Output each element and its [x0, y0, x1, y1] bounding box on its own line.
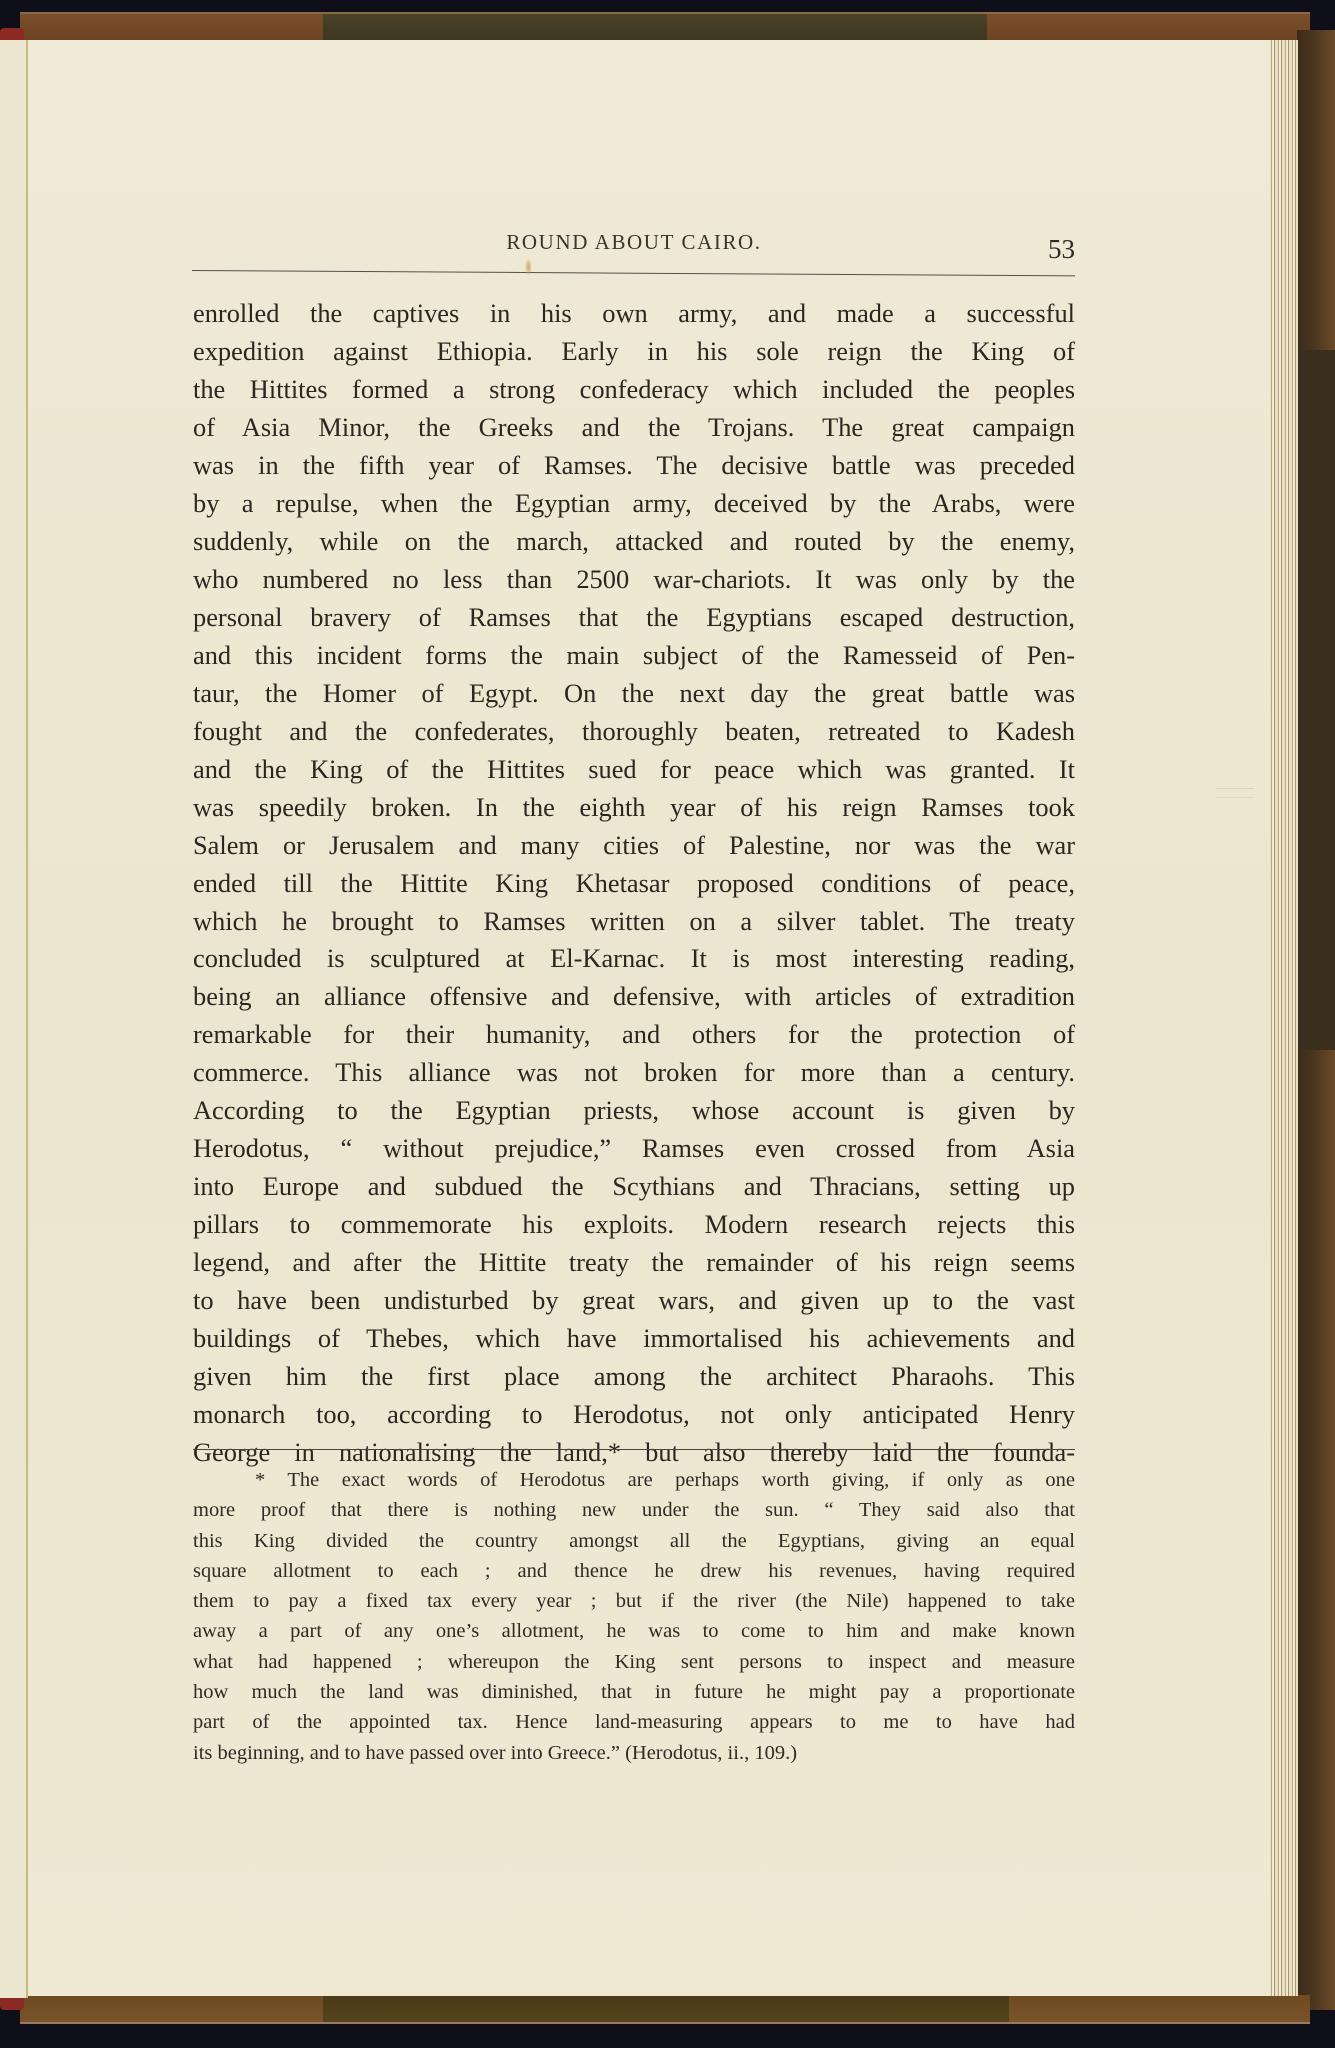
body-line: According to the Egyptian priests, whose…: [193, 1092, 1075, 1130]
book-cover-bottom-edge: [20, 1995, 1310, 2024]
body-line: ended till the Hittite King Khetasar pro…: [193, 865, 1075, 903]
facing-page-edge: [0, 40, 28, 1998]
body-line: monarch too, according to Herodotus, not…: [193, 1396, 1075, 1434]
footnote-line: how much the land was diminished, that i…: [193, 1677, 1075, 1707]
body-line: and the King of the Hittites sued for pe…: [193, 751, 1075, 789]
body-line: legend, and after the Hittite treaty the…: [193, 1244, 1075, 1282]
paper-stain: [525, 258, 532, 276]
body-line: being an alliance offensive and defensiv…: [193, 978, 1075, 1016]
body-line: concluded is sculptured at El-Karnac. It…: [193, 940, 1075, 978]
body-line: the Hittites formed a strong confederacy…: [193, 371, 1075, 409]
running-head: ROUND ABOUT CAIRO. 53: [193, 230, 1075, 270]
body-line: personal bravery of Ramses that the Egyp…: [193, 599, 1075, 637]
body-line: Herodotus, “ without prejudice,” Ramses …: [193, 1130, 1075, 1168]
body-line: of Asia Minor, the Greeks and the Trojan…: [193, 409, 1075, 447]
page-number: 53: [1048, 234, 1075, 265]
body-line: Salem or Jerusalem and many cities of Pa…: [193, 827, 1075, 865]
book-cover-right-edge: [1297, 30, 1335, 2010]
body-line: expedition against Ethiopia. Early in hi…: [193, 333, 1075, 371]
body-line: by a repulse, when the Egyptian army, de…: [193, 485, 1075, 523]
body-line: into Europe and subdued the Scythians an…: [193, 1168, 1075, 1206]
header-rule: [192, 270, 1075, 276]
footnote-line: part of the appointed tax. Hence land-me…: [193, 1707, 1075, 1737]
footnote-line: * The exact words of Herodotus are perha…: [193, 1465, 1075, 1495]
body-line: given him the first place among the arch…: [193, 1358, 1075, 1396]
running-title: ROUND ABOUT CAIRO.: [193, 230, 1075, 255]
cover-green-band-bottom: [323, 1995, 1009, 2022]
footnote-line: more proof that there is nothing new und…: [193, 1495, 1075, 1525]
footnote-line: its beginning, and to have passed over i…: [193, 1738, 1075, 1768]
footnote-line: them to pay a fixed tax every year ; but…: [193, 1586, 1075, 1616]
footnote: * The exact words of Herodotus are perha…: [193, 1465, 1075, 1768]
body-line: which he brought to Ramses written on a …: [193, 903, 1075, 941]
body-line: taur, the Homer of Egypt. On the next da…: [193, 675, 1075, 713]
margin-pencil-mark: [1216, 788, 1254, 798]
body-line: fought and the confederates, thoroughly …: [193, 713, 1075, 751]
body-line: suddenly, while on the march, attacked a…: [193, 523, 1075, 561]
body-line: was speedily broken. In the eighth year …: [193, 789, 1075, 827]
footnote-line: square allotment to each ; and thence he…: [193, 1556, 1075, 1586]
footnote-line: what had happened ; whereupon the King s…: [193, 1647, 1075, 1677]
footnote-line: this King divided the country amongst al…: [193, 1526, 1075, 1556]
footnote-rule: [193, 1449, 1075, 1450]
body-line: was in the fifth year of Ramses. The dec…: [193, 447, 1075, 485]
body-text: enrolled the captives in his own army, a…: [193, 295, 1075, 1472]
body-line: enrolled the captives in his own army, a…: [193, 295, 1075, 333]
body-line: and this incident forms the main subject…: [193, 637, 1075, 675]
body-line: buildings of Thebes, which have immortal…: [193, 1320, 1075, 1358]
body-line: remarkable for their humanity, and other…: [193, 1016, 1075, 1054]
cover-dark-band-right: [1297, 350, 1335, 1050]
page-leaves-edge: [1268, 40, 1298, 1996]
body-line: commerce. This alliance was not broken f…: [193, 1054, 1075, 1092]
body-line: who numbered no less than 2500 war-chari…: [193, 561, 1075, 599]
footnote-line: away a part of any one’s allotment, he w…: [193, 1616, 1075, 1646]
body-line: to have been undisturbed by great wars, …: [193, 1282, 1075, 1320]
body-line: pillars to commemorate his exploits. Mod…: [193, 1206, 1075, 1244]
book-page: ROUND ABOUT CAIRO. 53 enrolled the capti…: [28, 40, 1270, 1996]
